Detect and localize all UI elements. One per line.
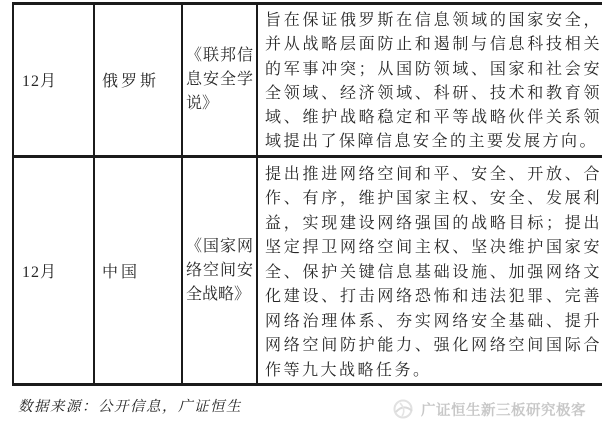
document-title-cell: 《联邦信息安全学说》 bbox=[182, 4, 257, 157]
month-cell: 12月 bbox=[13, 156, 94, 385]
document-title-cell: 《国家网络空间安全战略》 bbox=[182, 156, 257, 385]
country-cell: 中国 bbox=[94, 156, 182, 385]
source-note: 数据来源：公开信息，广证恒生 bbox=[18, 395, 242, 416]
policy-table: 12月 俄罗斯 《联邦信息安全学说》 旨在保证俄罗斯在信息领域的国家安全，并从战… bbox=[12, 2, 602, 386]
report-table-snippet: 12月 俄罗斯 《联邦信息安全学说》 旨在保证俄罗斯在信息领域的国家安全，并从战… bbox=[0, 0, 602, 424]
description-cell: 提出推进网络空间和平、安全、开放、合作、有序，维护国家主权、安全、发展利益，实现… bbox=[257, 156, 602, 385]
brand-emblem-icon bbox=[392, 398, 416, 420]
watermark: 广证恒生新三板研究极客 bbox=[392, 398, 586, 420]
table-row: 12月 中国 《国家网络空间安全战略》 提出推进网络空间和平、安全、开放、合作、… bbox=[13, 156, 602, 385]
month-cell: 12月 bbox=[13, 4, 94, 157]
watermark-text: 广证恒生新三板研究极客 bbox=[421, 399, 586, 420]
description-cell: 旨在保证俄罗斯在信息领域的国家安全，并从战略层面防止和遏制与信息科技相关的军事冲… bbox=[257, 4, 602, 157]
country-cell: 俄罗斯 bbox=[94, 4, 182, 157]
table-row: 12月 俄罗斯 《联邦信息安全学说》 旨在保证俄罗斯在信息领域的国家安全，并从战… bbox=[13, 4, 602, 157]
